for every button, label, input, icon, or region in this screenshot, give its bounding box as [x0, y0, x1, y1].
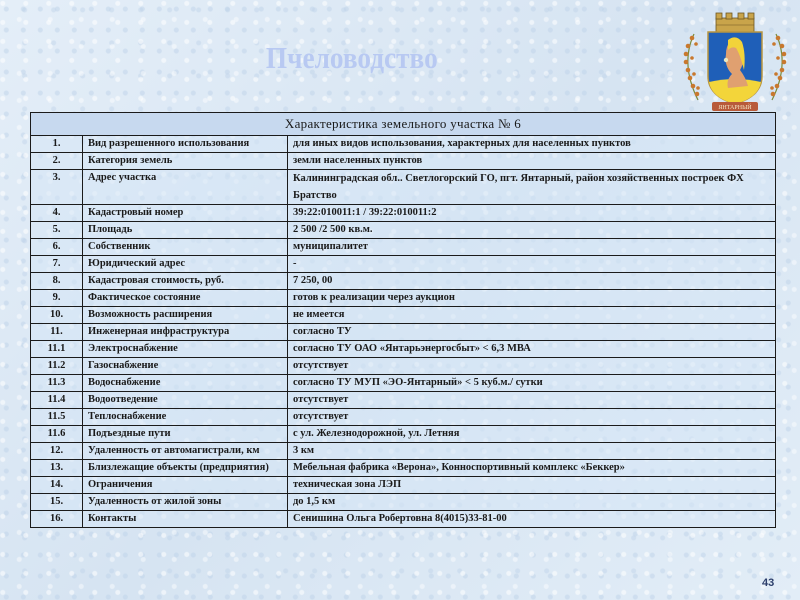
row-value: согласно ТУ МУП «ЭО-Янтарный» < 5 куб.м.… — [288, 375, 776, 392]
row-number: 6. — [31, 239, 83, 256]
table-row: 2. Категория земель земли населенных пун… — [31, 153, 776, 170]
row-number: 7. — [31, 256, 83, 273]
row-value: техническая зона ЛЭП — [288, 477, 776, 494]
row-label: Кадастровая стоимость, руб. — [83, 273, 288, 290]
row-number: 11. — [31, 324, 83, 341]
row-value: отсутствует — [288, 392, 776, 409]
row-label: Возможность расширения — [83, 307, 288, 324]
row-label: Адрес участка — [83, 170, 288, 205]
row-number: 16. — [31, 511, 83, 528]
row-label: Подъездные пути — [83, 426, 288, 443]
row-number: 1. — [31, 136, 83, 153]
row-value: отсутствует — [288, 409, 776, 426]
table-row: 8. Кадастровая стоимость, руб. 7 250, 00 — [31, 273, 776, 290]
row-number: 11.5 — [31, 409, 83, 426]
row-value: 7 250, 00 — [288, 273, 776, 290]
table-row: 1. Вид разрешенного использования для ин… — [31, 136, 776, 153]
table-row: 15. Удаленность от жилой зоны до 1,5 км — [31, 494, 776, 511]
table-row: 11.3 Водоснабжение согласно ТУ МУП «ЭО-Я… — [31, 375, 776, 392]
row-label: Площадь — [83, 222, 288, 239]
row-value: земли населенных пунктов — [288, 153, 776, 170]
row-label: Удаленность от жилой зоны — [83, 494, 288, 511]
table-row: 11.2 Газоснабжение отсутствует — [31, 358, 776, 375]
table-row: 10. Возможность расширения не имеется — [31, 307, 776, 324]
row-label: Категория земель — [83, 153, 288, 170]
table-row: 5. Площадь 2 500 /2 500 кв.м. — [31, 222, 776, 239]
row-value: муниципалитет — [288, 239, 776, 256]
row-value: Сенишина Ольга Робертовна 8(4015)33-81-0… — [288, 511, 776, 528]
table-row: 11.1 Электроснабжение согласно ТУ ОАО «Я… — [31, 341, 776, 358]
row-value: 3 км — [288, 443, 776, 460]
row-number: 12. — [31, 443, 83, 460]
row-label: Удаленность от автомагистрали, км — [83, 443, 288, 460]
table-row: 6. Собственник муниципалитет — [31, 239, 776, 256]
row-number: 13. — [31, 460, 83, 477]
row-value: согласно ТУ ОАО «Янтарьэнергосбыт» < 6,3… — [288, 341, 776, 358]
table-title: Характеристика земельного участка № 6 — [31, 113, 776, 136]
table-row: 11. Инженерная инфраструктура согласно Т… — [31, 324, 776, 341]
row-value: Мебельная фабрика «Верона», Конноспортив… — [288, 460, 776, 477]
table-row: 16. Контакты Сенишина Ольга Робертовна 8… — [31, 511, 776, 528]
row-label: Водоснабжение — [83, 375, 288, 392]
row-number: 15. — [31, 494, 83, 511]
row-number: 2. — [31, 153, 83, 170]
row-label: Собственник — [83, 239, 288, 256]
row-value: до 1,5 км — [288, 494, 776, 511]
row-value: отсутствует — [288, 358, 776, 375]
table-row: 3. Адрес участка Калининградская обл.. С… — [31, 170, 776, 205]
row-number: 5. — [31, 222, 83, 239]
row-number: 11.6 — [31, 426, 83, 443]
coat-of-arms-icon: ЯНТАРНЫЙ — [676, 4, 794, 114]
row-number: 14. — [31, 477, 83, 494]
row-value: с ул. Железнодорожной, ул. Летняя — [288, 426, 776, 443]
table-row: 7. Юридический адрес - — [31, 256, 776, 273]
row-value: Калининградская обл.. Светлогорский ГО, … — [288, 170, 776, 205]
table-row: 4. Кадастровый номер 39:22:010011:1 / 39… — [31, 205, 776, 222]
table-row: 11.4 Водоотведение отсутствует — [31, 392, 776, 409]
row-number: 11.1 — [31, 341, 83, 358]
row-label: Юридический адрес — [83, 256, 288, 273]
row-label: Газоснабжение — [83, 358, 288, 375]
row-label: Кадастровый номер — [83, 205, 288, 222]
row-number: 11.4 — [31, 392, 83, 409]
row-label: Вид разрешенного использования — [83, 136, 288, 153]
row-value: согласно ТУ — [288, 324, 776, 341]
row-value: 2 500 /2 500 кв.м. — [288, 222, 776, 239]
row-value: - — [288, 256, 776, 273]
row-label: Электроснабжение — [83, 341, 288, 358]
table-row: 11.6 Подъездные пути с ул. Железнодорожн… — [31, 426, 776, 443]
row-label: Водоотведение — [83, 392, 288, 409]
table-row: 14. Ограничения техническая зона ЛЭП — [31, 477, 776, 494]
row-label: Близлежащие объекты (предприятия) — [83, 460, 288, 477]
row-label: Инженерная инфраструктура — [83, 324, 288, 341]
row-label: Фактическое состояние — [83, 290, 288, 307]
row-value: не имеется — [288, 307, 776, 324]
row-label: Ограничения — [83, 477, 288, 494]
page-number: 43 — [762, 577, 774, 589]
row-value: готов к реализации через аукцион — [288, 290, 776, 307]
table-row: 9. Фактическое состояние готов к реализа… — [31, 290, 776, 307]
row-value: для иных видов использования, характерны… — [288, 136, 776, 153]
row-number: 3. — [31, 170, 83, 205]
row-value: 39:22:010011:1 / 39:22:010011:2 — [288, 205, 776, 222]
row-number: 10. — [31, 307, 83, 324]
table-row: 13. Близлежащие объекты (предприятия) Ме… — [31, 460, 776, 477]
row-label: Контакты — [83, 511, 288, 528]
table-title-row: Характеристика земельного участка № 6 — [31, 113, 776, 136]
row-number: 9. — [31, 290, 83, 307]
table-row: 12. Удаленность от автомагистрали, км 3 … — [31, 443, 776, 460]
row-number: 11.3 — [31, 375, 83, 392]
svg-text:ЯНТАРНЫЙ: ЯНТАРНЫЙ — [718, 103, 752, 111]
land-plot-table: Характеристика земельного участка № 6 1.… — [30, 112, 776, 528]
table-row: 11.5 Теплоснабжение отсутствует — [31, 409, 776, 426]
row-label: Теплоснабжение — [83, 409, 288, 426]
row-number: 8. — [31, 273, 83, 290]
crown — [716, 13, 754, 32]
row-number: 11.2 — [31, 358, 83, 375]
slide-title: Пчеловодство — [255, 40, 449, 76]
row-number: 4. — [31, 205, 83, 222]
